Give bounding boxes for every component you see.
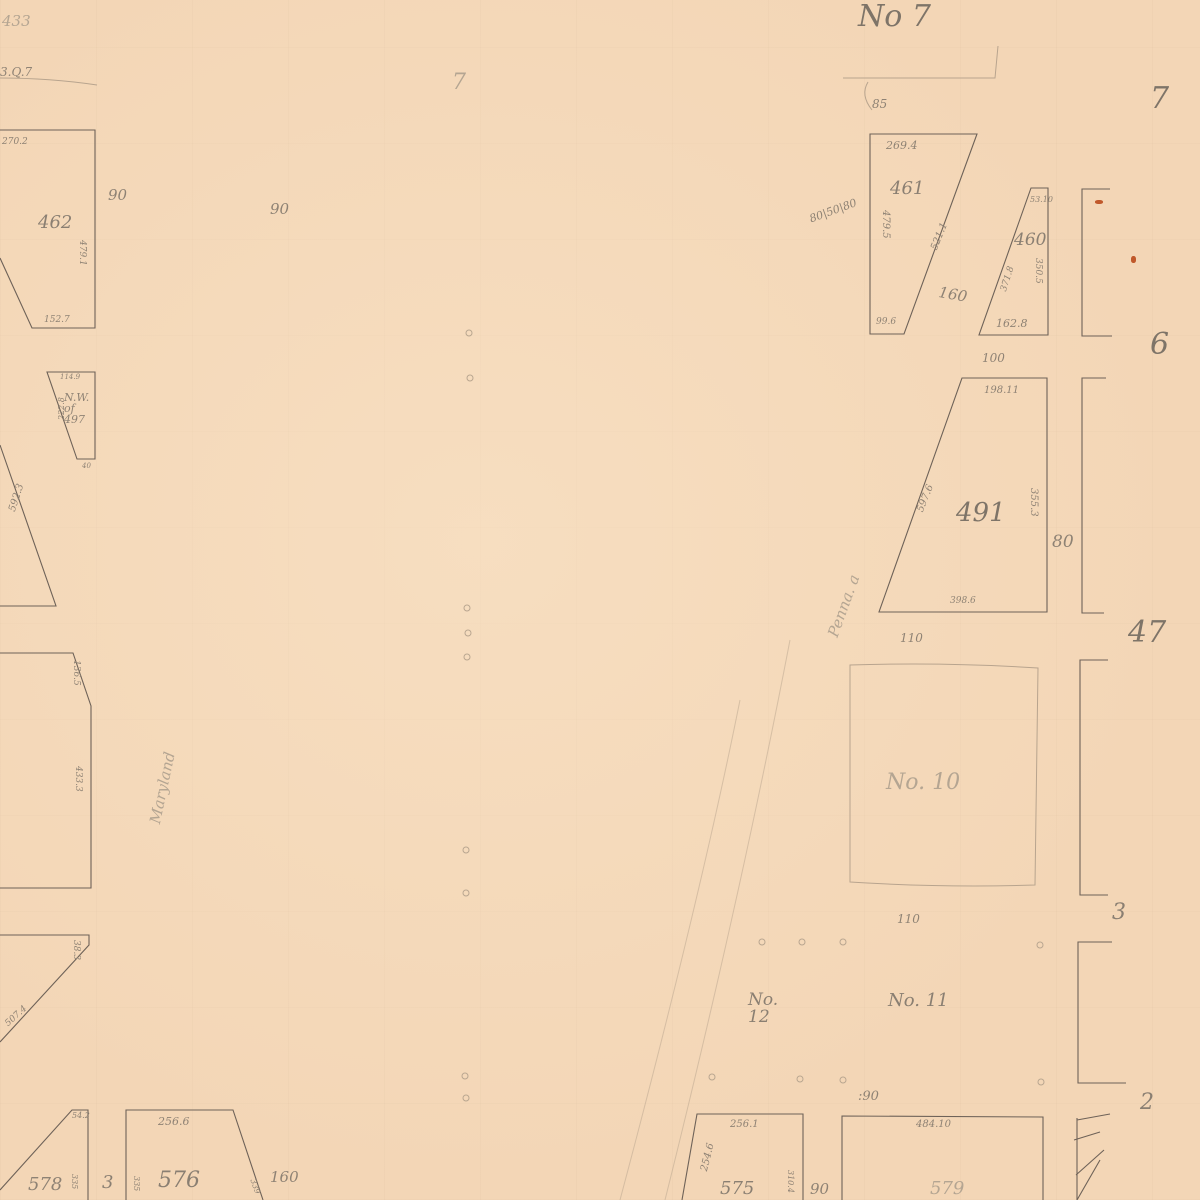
lot-dimension: 479.1 (77, 240, 86, 266)
sheet-label-433: 433 (2, 14, 31, 29)
street-width-label: 90 (270, 202, 289, 217)
lot-dimension: 335 (70, 1174, 78, 1189)
lot-dimension: 355.3 (1028, 488, 1038, 517)
lot-number: 578 (28, 1176, 62, 1194)
lot-dimension: 152.7 (44, 316, 70, 325)
lot-dimension: 479.5 (880, 210, 890, 239)
reservation-label: No. 10 (886, 772, 960, 794)
lot-number: 462 (38, 214, 72, 232)
sheet-label-6: 6 (1150, 330, 1169, 360)
survey-markers (462, 330, 1044, 1101)
lot-dimension: 269.4 (886, 140, 918, 151)
survey-plat-map: No 7 7 6 47 3 2 433 3.Q.7 7 90 90 85 80|… (0, 0, 1200, 1200)
lot-dimension: 398.6 (950, 597, 976, 606)
lot-dimension: 99.6 (876, 318, 896, 327)
street-width-label: 90 (810, 1182, 829, 1197)
lot-number: 576 (158, 1170, 200, 1192)
lot-491-outline (879, 378, 1047, 612)
lot-dimension: 40 (82, 463, 91, 470)
ink-stain (1131, 256, 1136, 263)
street-width-label: 85 (872, 98, 887, 110)
lot-dimension: 162.8 (996, 318, 1028, 329)
lot-dimension: 310.4 (786, 1170, 794, 1193)
sheet-label-top-left: 3.Q.7 (0, 66, 32, 78)
lot-dimension: 256.1 (730, 1120, 759, 1130)
lot-number: 575 (720, 1180, 754, 1198)
street-width-label: 80 (1052, 534, 1074, 551)
lot-dimension: 350.5 (1033, 258, 1042, 284)
lot-dimension: 270.2 (2, 138, 28, 147)
reservation-label: No. 11 (888, 992, 949, 1010)
lot-number: N.W. of 497 (64, 392, 98, 425)
sheet-label-47: 47 (1128, 618, 1166, 648)
lot-dimension: 38.3 (71, 940, 80, 960)
sheet-label-no7: No 7 (858, 2, 931, 32)
lot-dimension: 433.3 (73, 766, 82, 792)
lot-dimension: 335 (132, 1176, 140, 1191)
lot-number: 461 (890, 180, 924, 198)
lot-dimension: 222.8 (58, 397, 66, 420)
lot-dimension: 54.2 (72, 1112, 90, 1120)
lot-dimension: 114.9 (60, 374, 80, 381)
lot-west-outline (0, 445, 56, 606)
lot-number: 579 (930, 1180, 964, 1198)
reservation-label: No. 12 (748, 992, 782, 1026)
street-width-label: 160 (270, 1170, 299, 1185)
lot-dimension: 256.6 (158, 1116, 190, 1127)
sheet-label-7-right: 7 (1150, 84, 1169, 114)
lot-dimension: 136.5 (71, 660, 80, 686)
lot-dimension: 484.10 (916, 1120, 951, 1130)
street-width-label: 110 (897, 913, 920, 925)
lot-annotation: 3 (102, 1174, 113, 1192)
plat-linework (0, 0, 1200, 1200)
lot-number: 491 (956, 500, 1006, 526)
lot-dimension: 53.10 (1030, 196, 1053, 204)
street-width-label: 90 (108, 188, 127, 203)
sheet-label-2: 2 (1140, 1092, 1154, 1114)
street-width-label: :90 (858, 1090, 879, 1103)
street-width-label: 100 (982, 352, 1005, 364)
lot-number: 460 (1014, 232, 1046, 249)
sheet-label-3: 3 (1112, 902, 1126, 924)
ink-stain (1095, 200, 1103, 204)
lot-dimension: 198.11 (984, 386, 1019, 396)
sheet-label-7-mid: 7 (452, 72, 466, 94)
street-width-label: 110 (900, 632, 923, 644)
